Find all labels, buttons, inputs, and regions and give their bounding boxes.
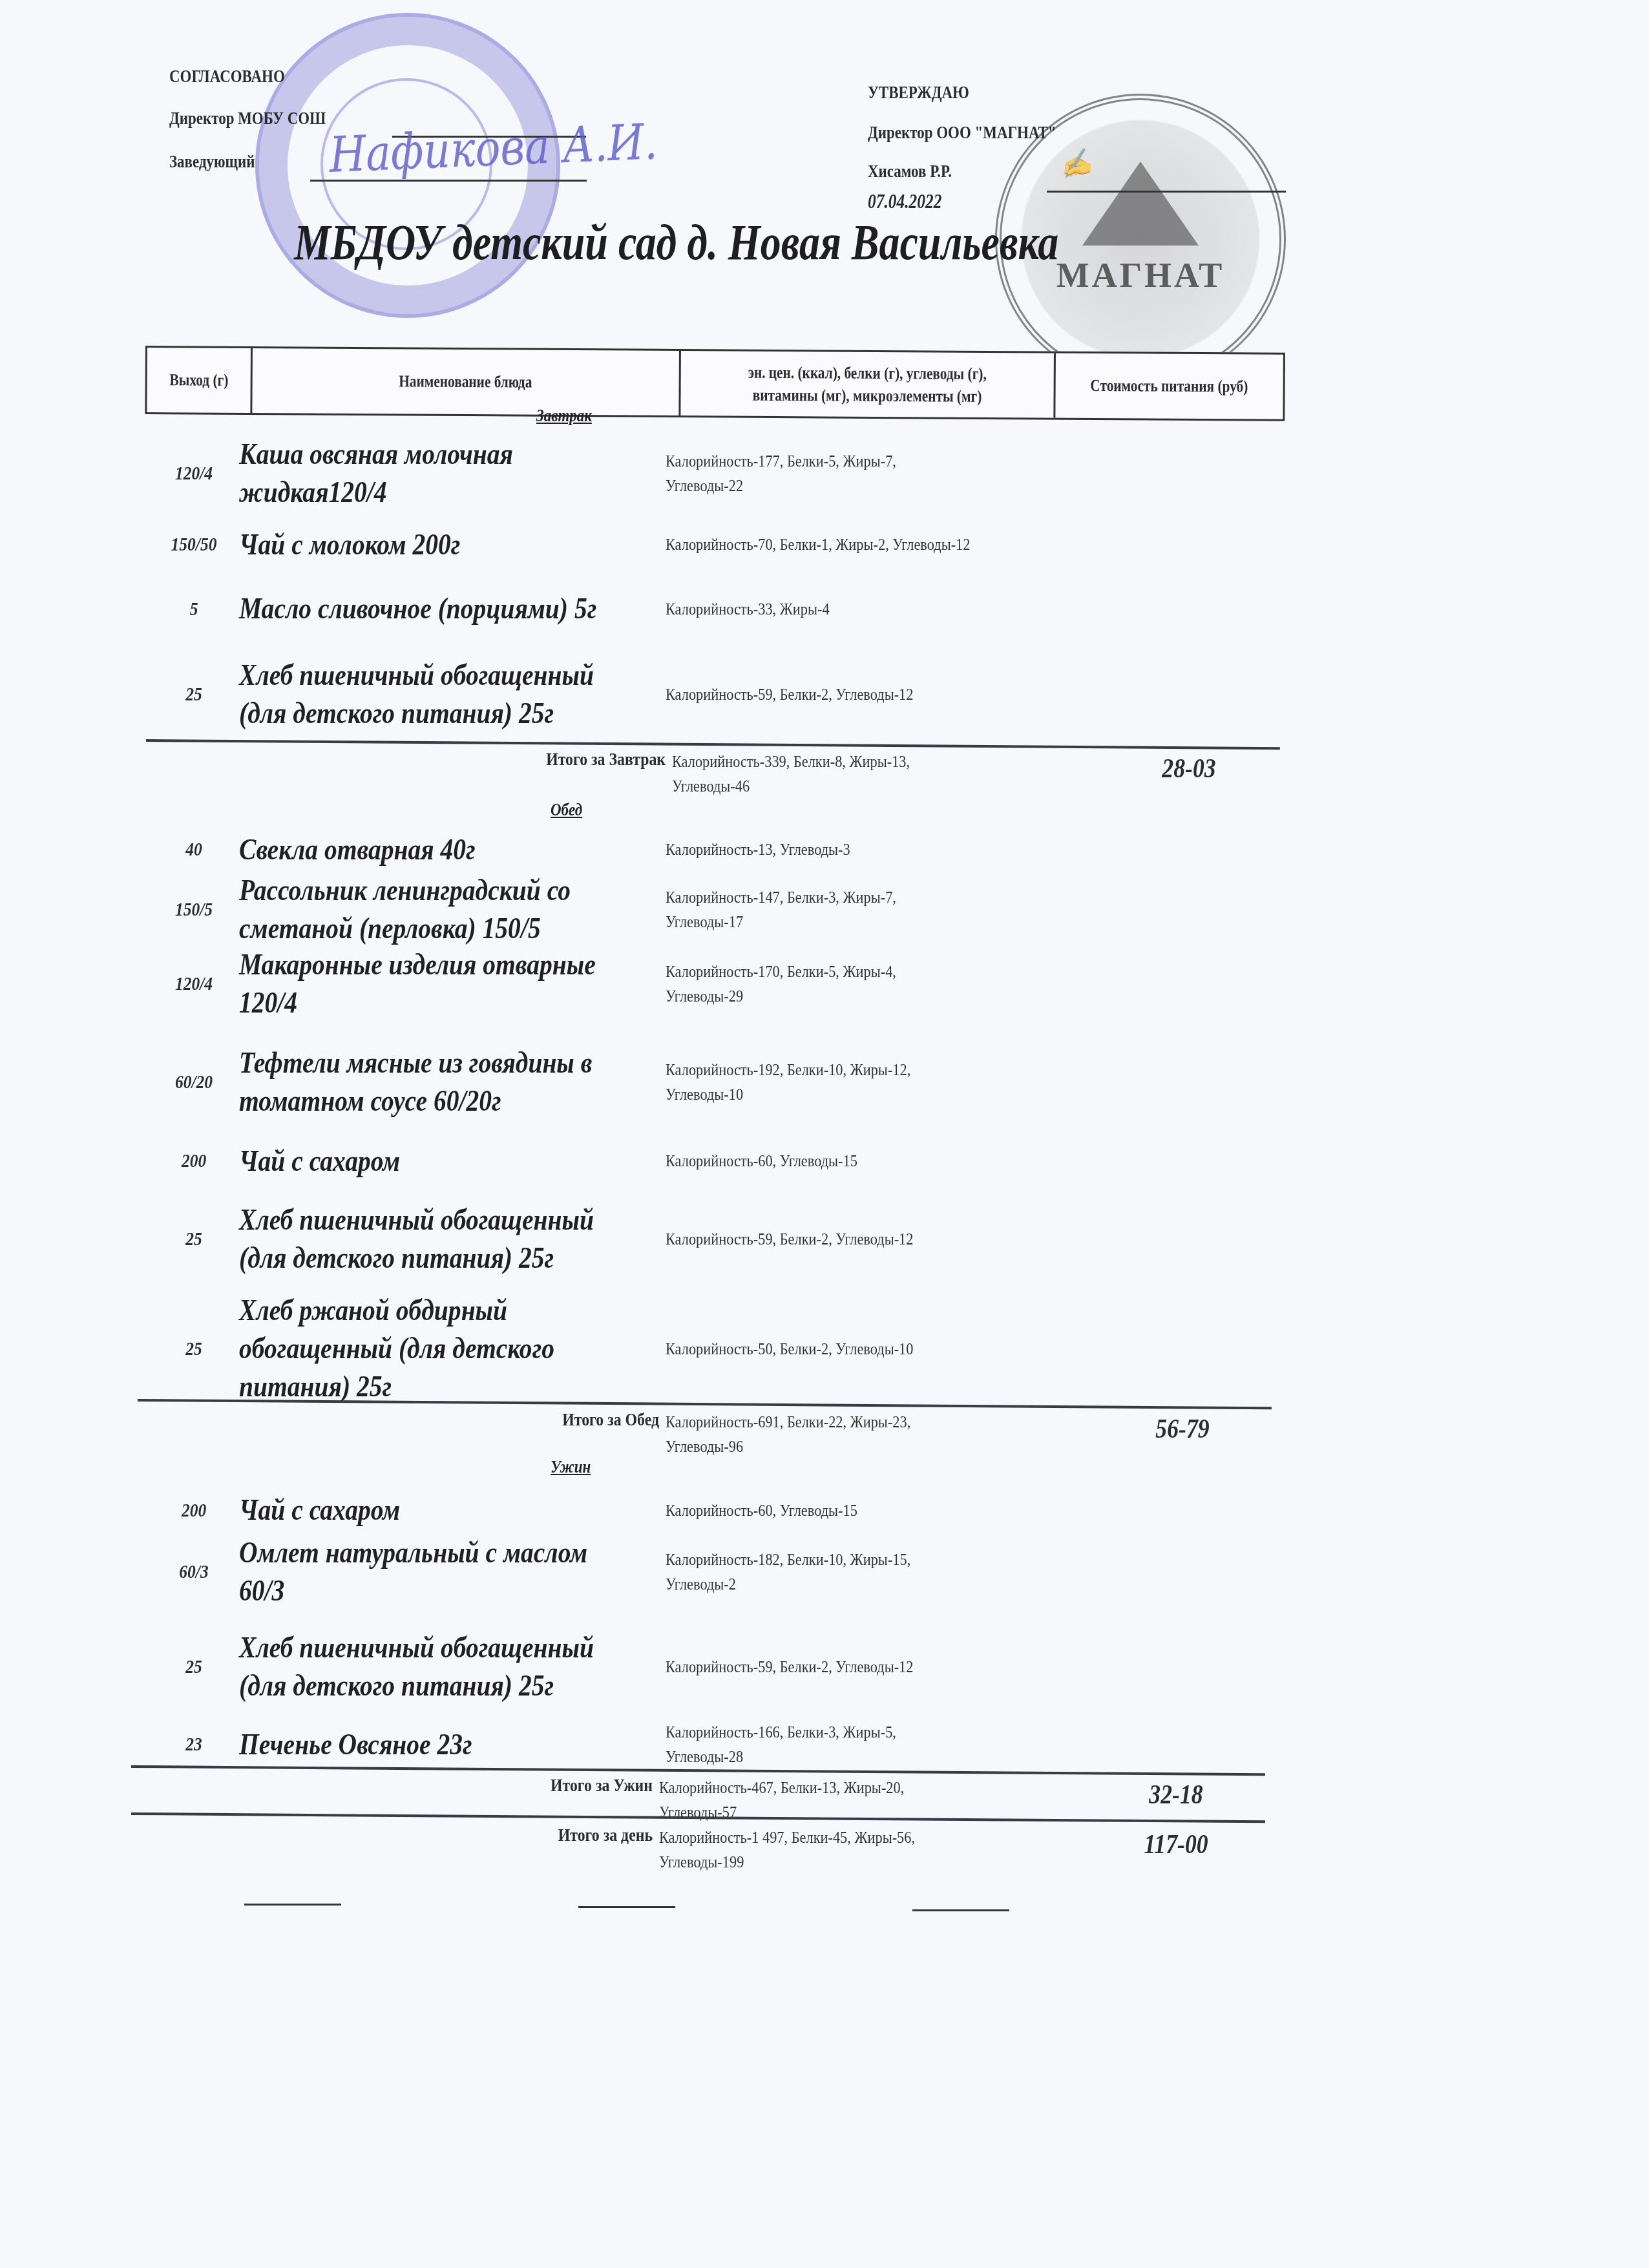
signature-blank-3 <box>912 1909 1009 1911</box>
table-row: 25 Хлеб пшеничный обогащенный (для детск… <box>149 646 1286 743</box>
approve-heading: УТВЕРЖДАЮ <box>868 83 969 103</box>
table-row: 60/20 Тефтели мясные из говядины в томат… <box>149 1024 1286 1140</box>
signature-line <box>1047 191 1286 193</box>
breakfast-cost: 28-03 <box>1107 753 1272 784</box>
breakfast-total-row: Итого за Завтрак Калорийность-339, Белки… <box>142 750 1286 798</box>
day-total-row: Итого за день Калорийность-1 497, Белки-… <box>129 1825 1273 1874</box>
table-row: 150/5 Рассольник ленинградский со сметан… <box>149 869 1286 950</box>
agreed-role: Заведующий <box>169 152 255 173</box>
table-row: 25 Хлеб пшеничный обогащенный (для детск… <box>149 1182 1286 1296</box>
col-nutrition: эн. цен. (ккал), белки (г), углеводы (г)… <box>680 351 1056 418</box>
table-row: 40 Свекла отварная 40г Калорийность-13, … <box>149 827 1286 872</box>
lunch-total-row: Итого за Обед Калорийность-691, Белки-22… <box>136 1410 1279 1458</box>
table-row: 25 Хлеб пшеничный обогащенный (для детск… <box>149 1609 1286 1725</box>
approver-name: Хисамов Р.Р. <box>868 162 952 182</box>
mountain-logo-icon <box>1082 162 1199 246</box>
table-row: 60/3 Омлет натуральный с маслом 60/3 Кал… <box>149 1531 1286 1612</box>
table-row: 5 Масло сливочное (порциями) 5г Калорийн… <box>149 569 1286 649</box>
table-row: 150/50 Чай с молоком 200г Калорийность-7… <box>149 516 1286 574</box>
section-lunch: Обед <box>551 800 582 821</box>
signature-blank-2 <box>578 1906 675 1908</box>
agreed-heading: СОГЛАСОВАНО <box>169 67 285 87</box>
signature-blank-1 <box>244 1904 341 1906</box>
table-row: 200 Чай с сахаром Калорийность-60, Углев… <box>149 1139 1286 1184</box>
approval-date: 07.04.2022 <box>868 190 941 213</box>
section-dinner: Ужин <box>551 1457 591 1478</box>
approver-position: Директор ООО "МАГНАТ" <box>868 123 1056 143</box>
table-row: 200 Чай с сахаром Калорийность-60, Углев… <box>149 1486 1286 1535</box>
agreed-position: Директор МОБУ СОШ <box>169 109 326 129</box>
table-row: 23 Печенье Овсяное 23г Калорийность-166,… <box>149 1719 1286 1770</box>
lunch-cost: 56-79 <box>1100 1414 1265 1445</box>
day-cost: 117-00 <box>1094 1829 1259 1860</box>
table-header: Выход (г) Наименование блюда эн. цен. (к… <box>145 346 1285 421</box>
col-dish: Наименование блюда <box>252 348 681 415</box>
document-title: МБДОУ детский сад д. Новая Васильевка <box>294 213 1058 271</box>
table-row: 120/4 Макаронные изделия отварные 120/4 … <box>149 943 1286 1024</box>
table-row: 120/4 Каша овсяная молочная жидкая120/4 … <box>149 432 1286 516</box>
section-breakfast: Завтрак <box>536 406 592 426</box>
table-row: 25 Хлеб ржаной обдирный обогащенный (для… <box>149 1292 1286 1405</box>
dinner-cost: 32-18 <box>1094 1780 1259 1811</box>
col-yield: Выход (г) <box>147 348 253 413</box>
col-cost: Стоимость питания (руб) <box>1055 353 1283 419</box>
